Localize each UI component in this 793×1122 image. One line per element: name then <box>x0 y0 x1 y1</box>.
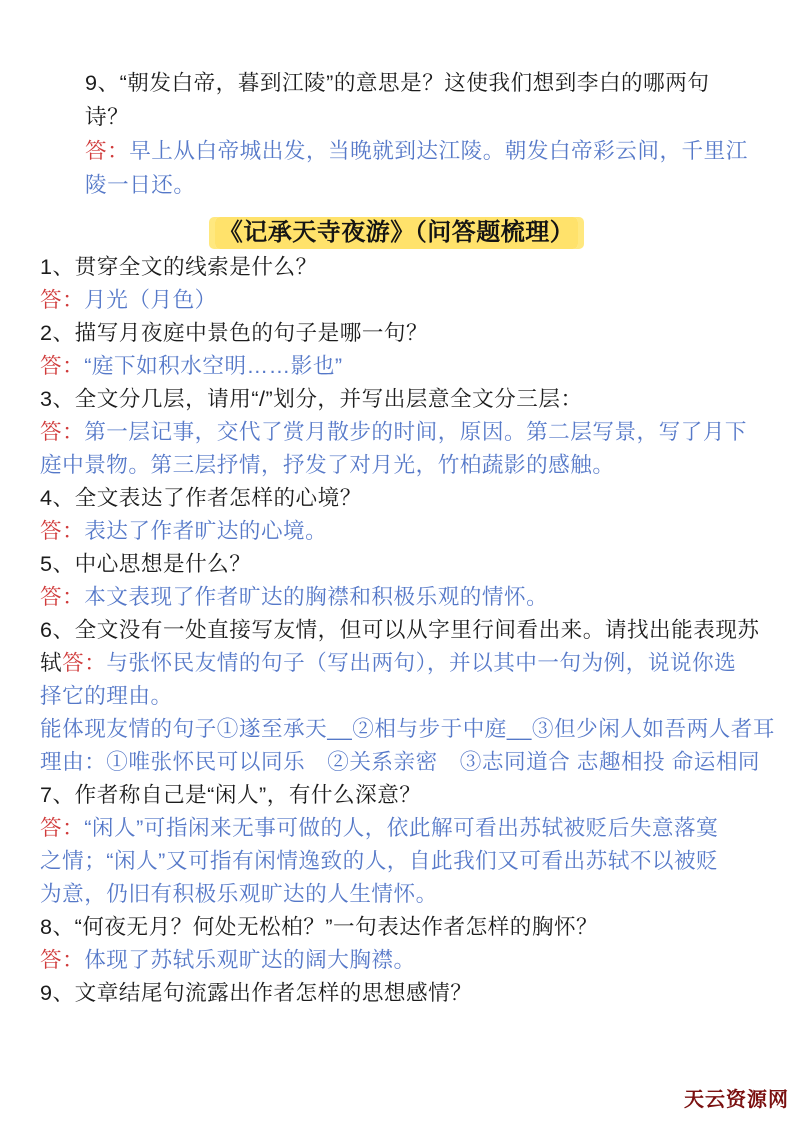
text-line: 庭中景物。第三层抒情，抒发了对月光，竹柏蔬影的感触。 <box>40 448 771 481</box>
answer-text: “庭下如积水空明……影也” <box>84 353 342 378</box>
text-line: 理由：①唯张怀民可以同乐 ②关系亲密 ③志同道合 志趣相投 命运相同 <box>40 745 771 778</box>
answer-label: 答： <box>40 947 84 972</box>
text-line: 3、全文分几层，请用“/”划分，并写出层意全文分三层： <box>40 382 771 415</box>
answer-text: 之情；“闲人”又可指有闲情逸致的人，自此我们又可看出苏轼不以被贬 <box>40 848 718 873</box>
text-line: 5、中心思想是什么？ <box>40 547 771 580</box>
text-line: 答：“庭下如积水空明……影也” <box>40 349 771 382</box>
answer-text: 理由：①唯张怀民可以同乐 ②关系亲密 ③志同道合 志趣相投 命运相同 <box>40 749 760 774</box>
question-text: 4、全文表达了作者怎样的心境？ <box>40 485 362 510</box>
question-text: 9、“朝发白帝，暮到江陵”的意思是？这使我们想到李白的哪两句 <box>85 70 709 95</box>
text-line: 答：月光（月色） <box>40 283 771 316</box>
text-line: 诗？ <box>85 100 763 134</box>
answer-label: 答： <box>40 287 84 312</box>
text-line: 轼答：与张怀民友情的句子（写出两句），并以其中一句为例，说说你选 <box>40 646 771 679</box>
question-text: 诗？ <box>85 104 129 129</box>
answer-label: 答： <box>40 419 84 444</box>
answer-text: 第一层记事，交代了赏月散步的时间，原因。第二层写景，写了月下 <box>84 419 747 444</box>
answer-text: 体现了苏轼乐观旷达的阔大胸襟。 <box>84 947 415 972</box>
answer-text: 庭中景物。第三层抒情，抒发了对月光，竹柏蔬影的感触。 <box>40 452 614 477</box>
previous-lesson-qa-block: 9、“朝发白帝，暮到江陵”的意思是？这使我们想到李白的哪两句诗？答：早上从白帝城… <box>85 66 763 202</box>
answer-label: 答： <box>40 353 84 378</box>
answer-text: 能体现友情的句子①遂至承天__②相与步于中庭__③但少闲人如吾两人者耳 <box>40 716 775 741</box>
answer-text: 与张怀民友情的句子（写出两句），并以其中一句为例，说说你选 <box>106 650 736 675</box>
answer-label: 答： <box>62 650 106 675</box>
text-line: 1、贯穿全文的线索是什么？ <box>40 250 771 283</box>
text-line: 7、作者称自己是“闲人”，有什么深意？ <box>40 778 771 811</box>
answer-text: 为意，仍旧有积极乐观旷达的人生情怀。 <box>40 881 438 906</box>
text-line: 9、“朝发白帝，暮到江陵”的意思是？这使我们想到李白的哪两句 <box>85 66 763 100</box>
question-text: 7、作者称自己是“闲人”，有什么深意？ <box>40 782 421 807</box>
question-text: 9、文章结尾句流露出作者怎样的思想感情？ <box>40 980 472 1005</box>
text-line: 2、描写月夜庭中景色的句子是哪一句？ <box>40 316 771 349</box>
text-line: 答：早上从白帝城出发，当晚就到达江陵。朝发白帝彩云间，千里江 <box>85 134 763 168</box>
page-title: 《记承天寺夜游》（问答题梳理） <box>0 212 793 247</box>
question-text: 5、中心思想是什么？ <box>40 551 251 576</box>
text-line: 答：表达了作者旷达的心境。 <box>40 514 771 547</box>
question-text: 6、全文没有一处直接写友情，但可以从字里行间看出来。请找出能表现苏 <box>40 617 760 642</box>
text-line: 择它的理由。 <box>40 679 771 712</box>
text-line: 能体现友情的句子①遂至承天__②相与步于中庭__③但少闲人如吾两人者耳 <box>40 712 771 745</box>
title-highlight: 《记承天寺夜游》（问答题梳理） <box>215 217 579 249</box>
answer-label: 答： <box>40 584 84 609</box>
answer-text: 择它的理由。 <box>40 683 173 708</box>
answer-text: 本文表现了作者旷达的胸襟和积极乐观的情怀。 <box>84 584 548 609</box>
text-line: 答：“闲人”可指闲来无事可做的人，依此解可看出苏轼被贬后失意落寞 <box>40 811 771 844</box>
answer-label: 答： <box>40 815 84 840</box>
answer-text: “闲人”可指闲来无事可做的人，依此解可看出苏轼被贬后失意落寞 <box>84 815 718 840</box>
answer-label: 答： <box>40 518 84 543</box>
qa-list-block: 1、贯穿全文的线索是什么？答：月光（月色）2、描写月夜庭中景色的句子是哪一句？答… <box>40 250 771 1009</box>
text-line: 4、全文表达了作者怎样的心境？ <box>40 481 771 514</box>
answer-text: 表达了作者旷达的心境。 <box>84 518 327 543</box>
document-page: 9、“朝发白帝，暮到江陵”的意思是？这使我们想到李白的哪两句诗？答：早上从白帝城… <box>0 0 793 1122</box>
text-line: 6、全文没有一处直接写友情，但可以从字里行间看出来。请找出能表现苏 <box>40 613 771 646</box>
question-text: 1、贯穿全文的线索是什么？ <box>40 254 318 279</box>
text-line: 答：第一层记事，交代了赏月散步的时间，原因。第二层写景，写了月下 <box>40 415 771 448</box>
watermark-text: 天云资源网 <box>684 1083 789 1112</box>
answer-text: 月光（月色） <box>84 287 217 312</box>
text-line: 答：本文表现了作者旷达的胸襟和积极乐观的情怀。 <box>40 580 771 613</box>
answer-label: 答： <box>85 138 129 163</box>
text-line: 9、文章结尾句流露出作者怎样的思想感情？ <box>40 976 771 1009</box>
text-line: 为意，仍旧有积极乐观旷达的人生情怀。 <box>40 877 771 910</box>
question-text: 2、描写月夜庭中景色的句子是哪一句？ <box>40 320 428 345</box>
text-line: 陵一日还。 <box>85 168 763 202</box>
answer-text: 陵一日还。 <box>85 172 195 197</box>
text-line: 答：体现了苏轼乐观旷达的阔大胸襟。 <box>40 943 771 976</box>
answer-text: 早上从白帝城出发，当晚就到达江陵。朝发白帝彩云间，千里江 <box>129 138 748 163</box>
question-text: 8、“何夜无月？何处无松柏？”一句表达作者怎样的胸怀？ <box>40 914 598 939</box>
question-text: 轼 <box>40 650 62 675</box>
text-line: 8、“何夜无月？何处无松柏？”一句表达作者怎样的胸怀？ <box>40 910 771 943</box>
question-text: 3、全文分几层，请用“/”划分，并写出层意全文分三层： <box>40 386 583 411</box>
text-line: 之情；“闲人”又可指有闲情逸致的人，自此我们又可看出苏轼不以被贬 <box>40 844 771 877</box>
